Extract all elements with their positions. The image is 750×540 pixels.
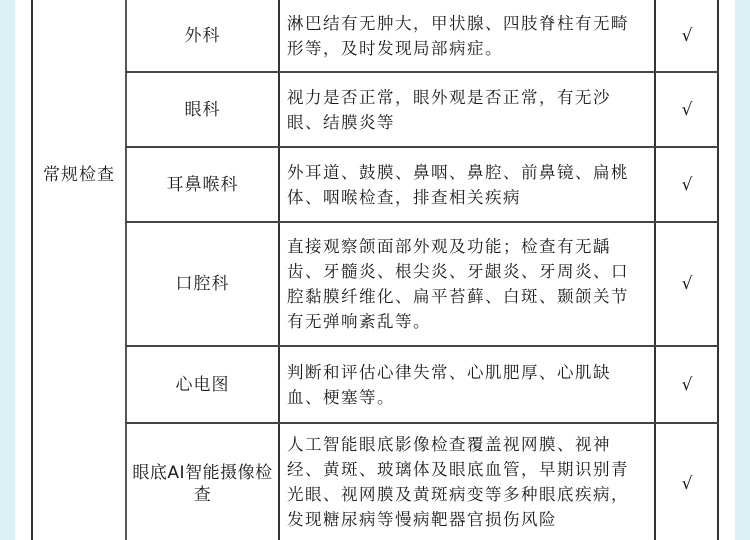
table-row: 眼科 视力是否正常，眼外观是否正常，有无沙眼、结膜炎等 √ bbox=[127, 73, 718, 146]
check-mark-icon: √ bbox=[656, 0, 718, 71]
description-cell: 直接观察颌面部外观及功能；检查有无龋齿、牙髓炎、根尖炎、牙龈炎、牙周炎、口腔黏膜… bbox=[280, 223, 650, 345]
check-mark-icon: √ bbox=[656, 73, 718, 146]
department-cell: 眼底AI智能摄像检查 bbox=[127, 424, 278, 540]
description-cell: 判断和评估心律失常、心肌肥厚、心肌缺血、梗塞等。 bbox=[280, 347, 650, 422]
department-cell: 外科 bbox=[127, 0, 278, 71]
table-row: 外科 淋巴结有无肿大，甲状腺、四肢脊柱有无畸形等，及时发现局部病症。 √ bbox=[127, 0, 718, 71]
department-cell: 口腔科 bbox=[127, 223, 278, 345]
table-row: 心电图 判断和评估心律失常、心肌肥厚、心肌缺血、梗塞等。 √ bbox=[127, 347, 718, 422]
category-cell: 常规检查 bbox=[33, 0, 125, 345]
department-cell: 眼科 bbox=[127, 73, 278, 146]
department-cell: 心电图 bbox=[127, 347, 278, 422]
left-side-band bbox=[0, 0, 15, 540]
table-row: 眼底AI智能摄像检查 人工智能眼底影像检查覆盖视网膜、视神经、黄斑、玻璃体及眼底… bbox=[127, 424, 718, 540]
department-cell: 耳鼻喉科 bbox=[127, 148, 278, 221]
description-cell: 外耳道、鼓膜、鼻咽、鼻腔、前鼻镜、扁桃体、咽喉检查，排查相关疾病 bbox=[280, 148, 650, 221]
description-cell: 人工智能眼底影像检查覆盖视网膜、视神经、黄斑、玻璃体及眼底血管，早期识别青光眼、… bbox=[280, 424, 650, 540]
table-row: 口腔科 直接观察颌面部外观及功能；检查有无龋齿、牙髓炎、根尖炎、牙龈炎、牙周炎、… bbox=[127, 223, 718, 345]
check-mark-icon: √ bbox=[656, 424, 718, 540]
description-cell: 淋巴结有无肿大，甲状腺、四肢脊柱有无畸形等，及时发现局部病症。 bbox=[280, 0, 650, 71]
check-mark-icon: √ bbox=[656, 347, 718, 422]
description-cell: 视力是否正常，眼外观是否正常，有无沙眼、结膜炎等 bbox=[280, 73, 650, 146]
check-mark-icon: √ bbox=[656, 148, 718, 221]
table-row: 耳鼻喉科 外耳道、鼓膜、鼻咽、鼻腔、前鼻镜、扁桃体、咽喉检查，排查相关疾病 √ bbox=[127, 148, 718, 221]
right-side-band bbox=[735, 0, 750, 540]
check-mark-icon: √ bbox=[656, 223, 718, 345]
